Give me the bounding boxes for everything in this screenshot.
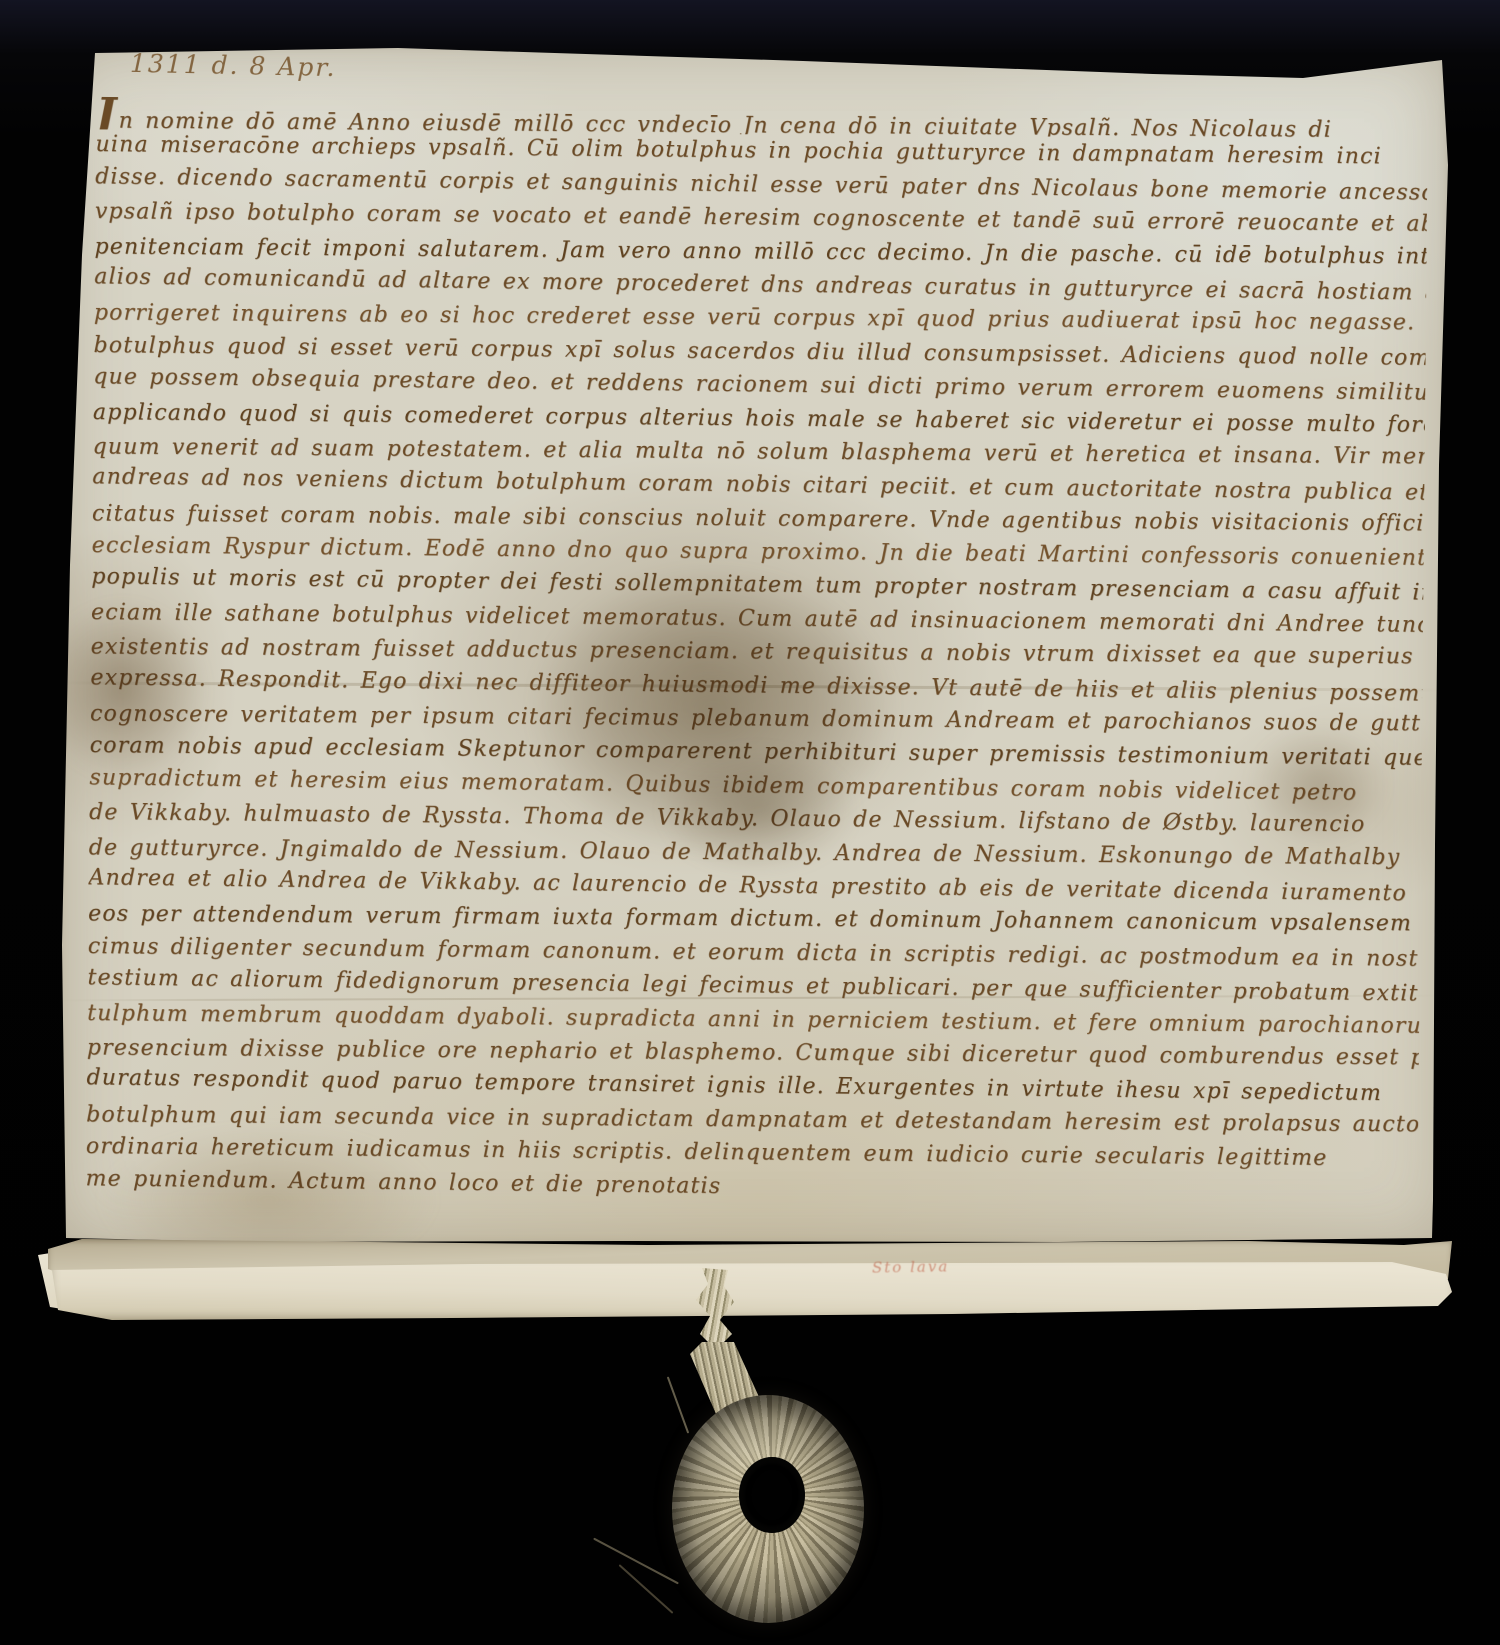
stray-thread (667, 1376, 689, 1433)
parchment-fold-lower (52, 1262, 1454, 1322)
archival-date-annotation: 1311 d. 8 Apr. (130, 49, 337, 82)
stray-thread (619, 1564, 674, 1614)
fold-red-note: Sto lava (872, 1257, 950, 1276)
stain-left-edge (38, 600, 208, 780)
parchment-charter: 1311 d. 8 Apr. Jn nomine dō amē Anno eiu… (58, 45, 1448, 1245)
ink-stain-medium (658, 745, 858, 875)
stray-thread (593, 1538, 679, 1585)
photograph-of-charter: 1311 d. 8 Apr. Jn nomine dō amē Anno eiu… (0, 0, 1500, 1645)
coil-center-hole (739, 1457, 805, 1533)
stain-right-edge (1248, 725, 1388, 845)
seal-cord-coil (672, 1395, 864, 1623)
